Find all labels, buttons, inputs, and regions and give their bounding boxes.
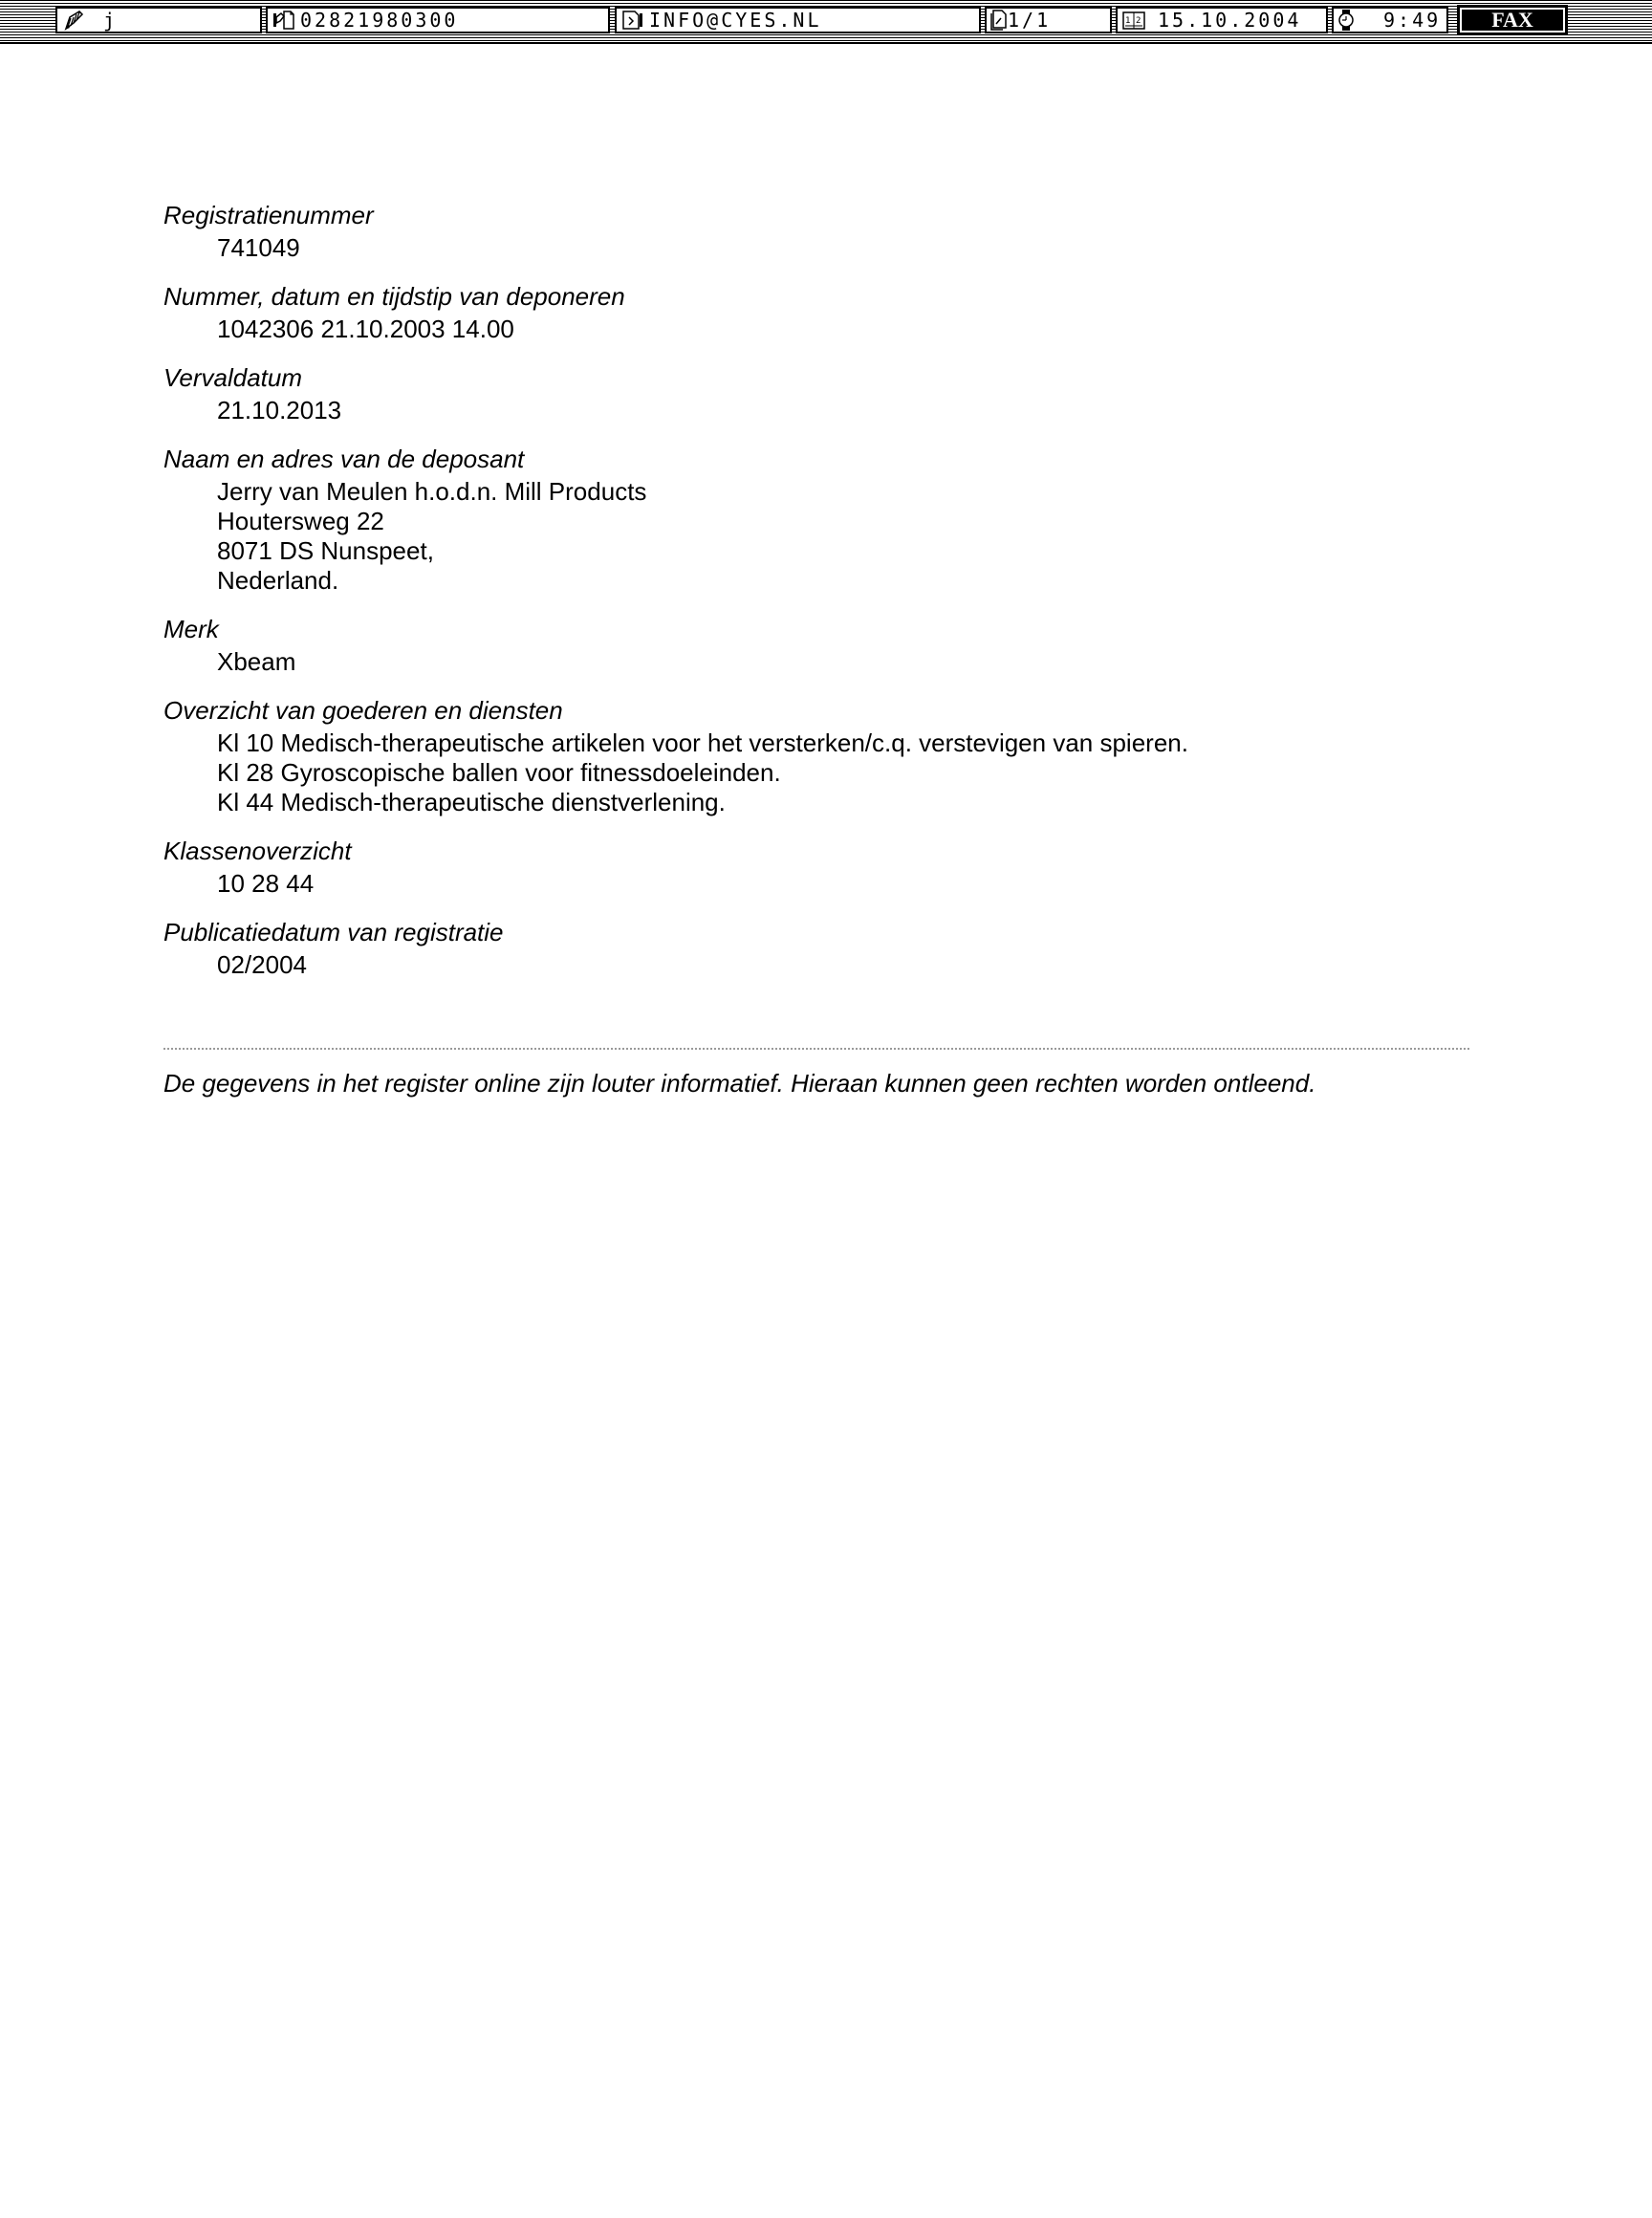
fax-date: 15.10.2004 [1158,9,1301,32]
field-label: Nummer, datum en tijdstip van deponeren [163,282,1473,315]
value-line: Kl 28 Gyroscopische ballen voor fitnessd… [217,758,1473,788]
field-value: 21.10.2013 [163,396,1473,425]
record-field: Registratienummer741049 [163,201,1473,263]
field-label: Overzicht van goederen en diensten [163,696,1473,728]
value-line: Xbeam [217,647,1473,677]
trademark-record: Registratienummer741049Nummer, datum en … [163,201,1473,999]
mail-document-icon [620,10,645,31]
field-value: 1042306 21.10.2003 14.00 [163,315,1473,344]
phone-field: 02821980300 [266,7,610,33]
fax-time: 9:49 [1383,9,1441,32]
page-icon [990,10,1008,31]
value-line: Nederland. [217,566,1473,596]
field-label: Publicatiedatum van registratie [163,918,1473,950]
field-value: 10 28 44 [163,869,1473,899]
value-line: 8071 DS Nunspeet, [217,536,1473,566]
record-field: Klassenoverzicht10 28 44 [163,837,1473,899]
phone-number: 02821980300 [300,9,458,32]
record-field: Nummer, datum en tijdstip van deponeren1… [163,282,1473,344]
value-line: 02/2004 [217,950,1473,980]
svg-text:2: 2 [1136,16,1143,26]
field-label: Registratienummer [163,201,1473,233]
pen-icon [61,10,86,31]
calendar-icon: 12 [1121,10,1146,31]
watch-icon [1337,10,1355,31]
value-line: Jerry van Meulen h.o.d.n. Mill Products [217,477,1473,507]
field-label: Klassenoverzicht [163,837,1473,869]
disclaimer-text: De gegevens in het register online zijn … [163,1069,1315,1098]
fax-mode-label: FAX [1457,5,1568,35]
email-field: INFO@CYES.NL [615,7,981,33]
value-line: 10 28 44 [217,869,1473,899]
value-line: 1042306 21.10.2003 14.00 [217,315,1473,344]
field-value: Xbeam [163,647,1473,677]
record-field: Publicatiedatum van registratie02/2004 [163,918,1473,980]
value-line: 741049 [217,233,1473,263]
sender-value: j [103,9,118,32]
dotted-separator [163,1048,1469,1050]
value-line: Houtersweg 22 [217,507,1473,536]
value-line: Kl 10 Medisch-therapeutische artikelen v… [217,728,1473,758]
record-field: Vervaldatum21.10.2013 [163,363,1473,425]
value-line: 21.10.2013 [217,396,1473,425]
svg-text:1: 1 [1125,16,1133,26]
value-line: Kl 44 Medisch-therapeutische dienstverle… [217,788,1473,817]
fax-header-bar: j 02821980300 INFO@CYES.NL 1/1 12 15.10.… [0,0,1652,44]
fax-send-icon [272,10,296,31]
date-field: 12 15.10.2004 [1116,7,1328,33]
email-address: INFO@CYES.NL [649,9,822,32]
field-value: Jerry van Meulen h.o.d.n. Mill ProductsH… [163,477,1473,596]
field-label: Vervaldatum [163,363,1473,396]
sender-field: j [55,7,262,33]
record-field: Naam en adres van de deposantJerry van M… [163,445,1473,596]
record-field: MerkXbeam [163,615,1473,677]
record-field: Overzicht van goederen en dienstenKl 10 … [163,696,1473,817]
field-value: 741049 [163,233,1473,263]
time-field: 9:49 [1332,7,1448,33]
field-label: Merk [163,615,1473,647]
field-value: 02/2004 [163,950,1473,980]
field-value: Kl 10 Medisch-therapeutische artikelen v… [163,728,1473,817]
page-count: 1/1 [1008,9,1051,32]
field-label: Naam en adres van de deposant [163,445,1473,477]
page-count-field: 1/1 [985,7,1112,33]
